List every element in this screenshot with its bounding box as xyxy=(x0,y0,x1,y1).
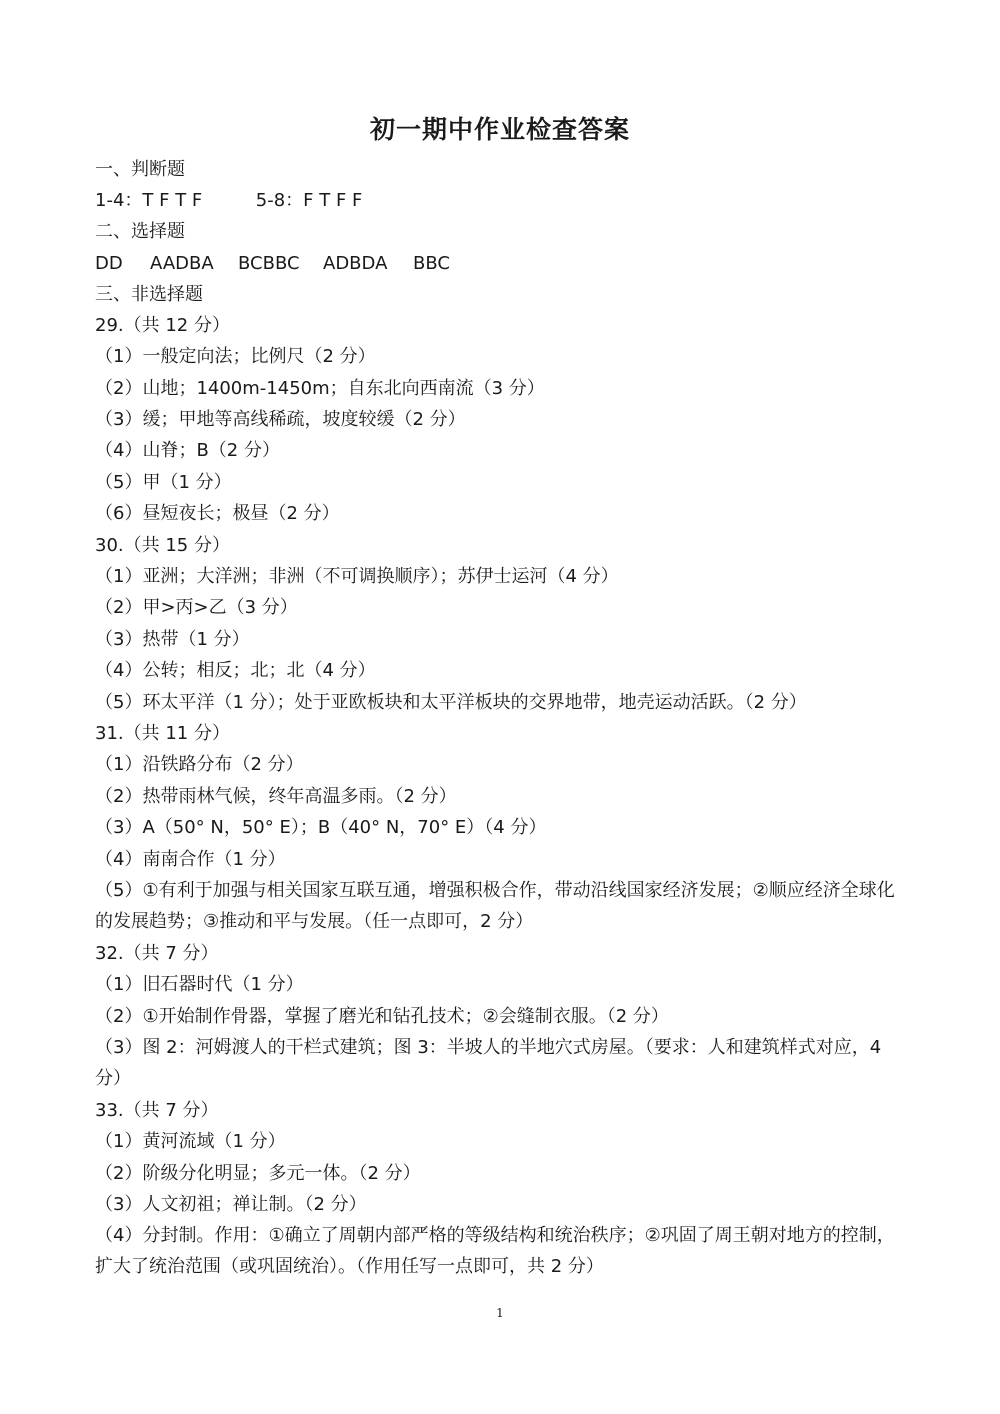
section-heading-multiple-choice: 二、选择题 xyxy=(95,216,185,247)
mc-group-2: AADBA xyxy=(150,248,238,279)
q29-item-5: （5）甲（1 分） xyxy=(95,467,232,498)
tf-answers-2: F T F F xyxy=(303,185,362,216)
q32-item-2: （2）①开始制作骨器，掌握了磨光和钻孔技术；②会缝制衣服。（2 分） xyxy=(95,1001,669,1032)
q29-item-3: （3）缓；甲地等高线稀疏，坡度较缓（2 分） xyxy=(95,404,466,435)
q31-item-4: （4）南南合作（1 分） xyxy=(95,844,286,875)
section-heading-non-choice: 三、非选择题 xyxy=(95,279,203,310)
q30-item-2: （2）甲>丙>乙（3 分） xyxy=(95,592,298,623)
q30-item-4: （4）公转；相反；北；北（4 分） xyxy=(95,655,376,686)
multiple-choice-answers: DDAADBABCBBCADBDABBC xyxy=(95,248,450,279)
question-30-header: 30.（共 15 分） xyxy=(95,530,230,561)
mc-group-3: BCBBC xyxy=(238,248,323,279)
q31-item-2: （2）热带雨林气候，终年高温多雨。（2 分） xyxy=(95,781,457,812)
mc-group-1: DD xyxy=(95,248,150,279)
true-false-answers: 1-4：T F T F 5-8：F T F F xyxy=(95,185,362,216)
q29-item-6: （6）昼短夜长；极昼（2 分） xyxy=(95,498,340,529)
q33-item-4: （4）分封制。作用：①确立了周朝内部严格的等级结构和统治秩序；②巩固了周王朝对地… xyxy=(95,1220,910,1283)
q29-item-2: （2）山地；1400m-1450m；自东北向西南流（3 分） xyxy=(95,373,545,404)
question-33-header: 33.（共 7 分） xyxy=(95,1095,219,1126)
q32-item-3: （3）图 2：河姆渡人的干栏式建筑；图 3：半坡人的半地穴式房屋。（要求：人和建… xyxy=(95,1032,910,1095)
page-title: 初一期中作业检查答案 xyxy=(0,110,1000,146)
q29-item-4: （4）山脊；B（2 分） xyxy=(95,435,280,466)
q31-item-1: （1）沿铁路分布（2 分） xyxy=(95,749,304,780)
mc-group-4: ADBDA xyxy=(323,248,413,279)
question-29-header: 29.（共 12 分） xyxy=(95,310,230,341)
q33-item-2: （2）阶级分化明显；多元一体。（2 分） xyxy=(95,1158,421,1189)
q32-item-1: （1）旧石器时代（1 分） xyxy=(95,969,304,1000)
mc-group-5: BBC xyxy=(413,248,450,279)
section-heading-true-false: 一、判断题 xyxy=(95,154,185,185)
page-number: 1 xyxy=(0,1306,1000,1320)
q31-item-5: （5）①有利于加强与相关国家互联互通，增强积极合作，带动沿线国家经济发展；②顺应… xyxy=(95,875,910,938)
q30-item-3: （3）热带（1 分） xyxy=(95,624,250,655)
question-31-header: 31.（共 11 分） xyxy=(95,718,230,749)
q30-item-1: （1）亚洲；大洋洲；非洲（不可调换顺序）；苏伊士运河（4 分） xyxy=(95,561,619,592)
tf-range-1: 1-4： xyxy=(95,185,142,216)
q29-item-1: （1）一般定向法；比例尺（2 分） xyxy=(95,341,376,372)
q33-item-1: （1）黄河流域（1 分） xyxy=(95,1126,286,1157)
q30-item-5: （5）环太平洋（1 分）；处于亚欧板块和太平洋板块的交界地带，地壳运动活跃。（2… xyxy=(95,687,807,718)
answer-sheet-page: 初一期中作业检查答案 一、判断题 1-4：T F T F 5-8：F T F F… xyxy=(0,0,1000,1414)
q31-item-3: （3）A（50° N，50° E）；B（40° N，70° E）（4 分） xyxy=(95,812,546,843)
tf-answers-1: T F T F xyxy=(142,185,202,216)
question-32-header: 32.（共 7 分） xyxy=(95,938,219,969)
q33-item-3: （3）人文初祖；禅让制。（2 分） xyxy=(95,1189,367,1220)
tf-range-2: 5-8： xyxy=(256,185,303,216)
